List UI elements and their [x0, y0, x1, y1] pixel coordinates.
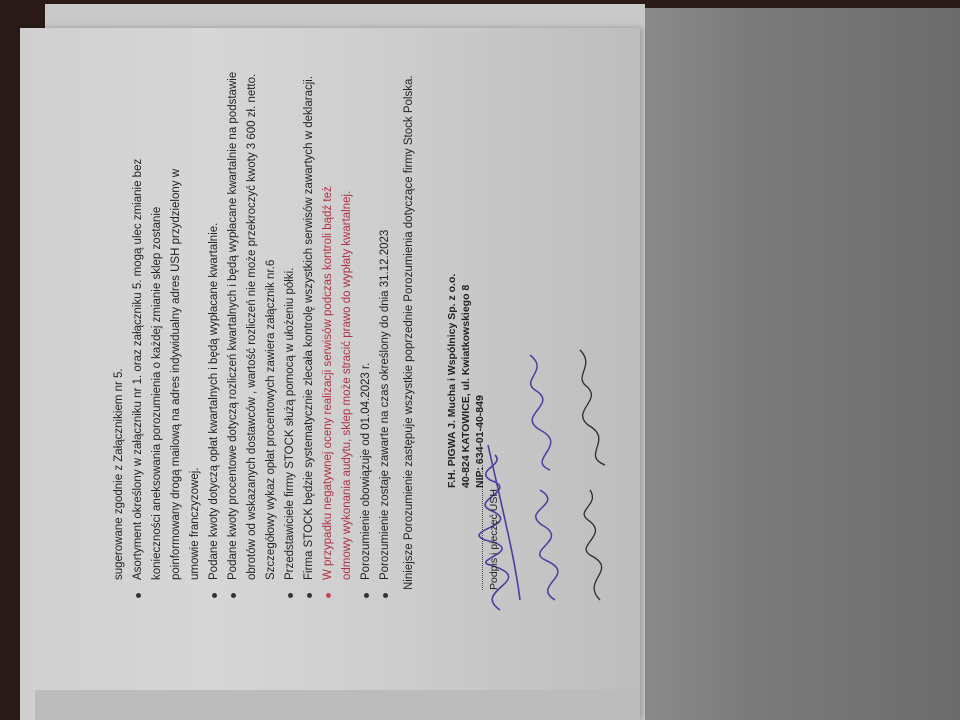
company-stamp: F.H. PIGWA J. Mucha i Wspólnicy Sp. z o.… — [445, 274, 487, 488]
bullet-item: Asortyment określony w załączniku nr 1. … — [129, 50, 205, 620]
bullet-dot-icon — [288, 593, 293, 598]
final-statement: Niniejsze Porozumienie zastępuje wszystk… — [400, 20, 419, 590]
bullet-item: Firma STOCK będzie systematycznie zlecał… — [300, 50, 319, 620]
bullet-text-line: Porozumienie obowiązuje od 01.04.2023 r. — [357, 50, 376, 580]
bullet-item: Porozumienie obowiązuje od 01.04.2023 r. — [357, 50, 376, 620]
bullet-text-line: W przypadku negatywnej oceny realizacji … — [319, 50, 338, 580]
bullet-dot-icon — [383, 593, 388, 598]
bullet-list: sugerowane zgodnie z Załącznikiem nr 5. … — [110, 50, 395, 620]
stamp-line: 40-824 KATOWICE, ul. Kwiatkowskiego 8 — [459, 274, 473, 488]
bullet-text-line: Porozumienie zostaje zawarte na czas okr… — [376, 50, 395, 580]
bullet-text-line: Podane kwoty procentowe dotyczą rozlicze… — [224, 50, 243, 580]
rotated-document-content: sugerowane zgodnie z Załącznikiem nr 5. … — [110, 50, 640, 620]
bullet-dot-icon — [307, 593, 312, 598]
background-surface — [620, 8, 960, 720]
bullet-dot-icon — [326, 593, 331, 598]
bullet-text-line: Firma STOCK będzie systematycznie zlecał… — [300, 50, 319, 580]
bullet-item: Przedstawiciele firmy STOCK służą pomocą… — [281, 50, 300, 620]
bullet-text-line: odmowy wykonania audytu, sklep może stra… — [338, 50, 357, 580]
bullet-text-line: poinformowany drogą mailową na adres ind… — [167, 50, 186, 580]
paper-edge — [35, 690, 635, 720]
intro-line: sugerowane zgodnie z Załącznikiem nr 5. — [110, 50, 129, 620]
bullet-text-line: umowie franczyzowej. — [186, 50, 205, 580]
stamp-line: F.H. PIGWA J. Mucha i Wspólnicy Sp. z o.… — [445, 274, 459, 488]
bullet-dot-icon — [212, 593, 217, 598]
bullet-text-line: konieczności aneksowania porozumienia o … — [148, 50, 167, 580]
bullet-item: Podane kwoty procentowe dotyczą rozlicze… — [224, 50, 281, 620]
bullet-item: Podane kwoty dotyczą opłat kwartalnych i… — [205, 50, 224, 620]
bullet-dot-icon — [136, 593, 141, 598]
bullet-dot-icon — [231, 593, 236, 598]
bullet-item: W przypadku negatywnej oceny realizacji … — [319, 50, 357, 620]
bullet-text-line: Przedstawiciele firmy STOCK służą pomocą… — [281, 50, 300, 580]
bullet-dot-icon — [364, 593, 369, 598]
bullet-text-line: Podane kwoty dotyczą opłat kwartalnych i… — [205, 50, 224, 580]
bullet-item: Porozumienie zostaje zawarte na czas okr… — [376, 50, 395, 620]
bullet-text-line: Szczegółowy wykaz opłat procentowych zaw… — [262, 50, 281, 580]
bullet-text-line: obrotów od wskazanych dostawców , wartoś… — [243, 50, 262, 580]
signature-label: Podpis i pieczęć USH — [488, 489, 500, 590]
stamp-line: NIP: 634-01-40-849 — [473, 274, 487, 488]
bullet-text-line: Asortyment określony w załączniku nr 1. … — [129, 50, 148, 580]
